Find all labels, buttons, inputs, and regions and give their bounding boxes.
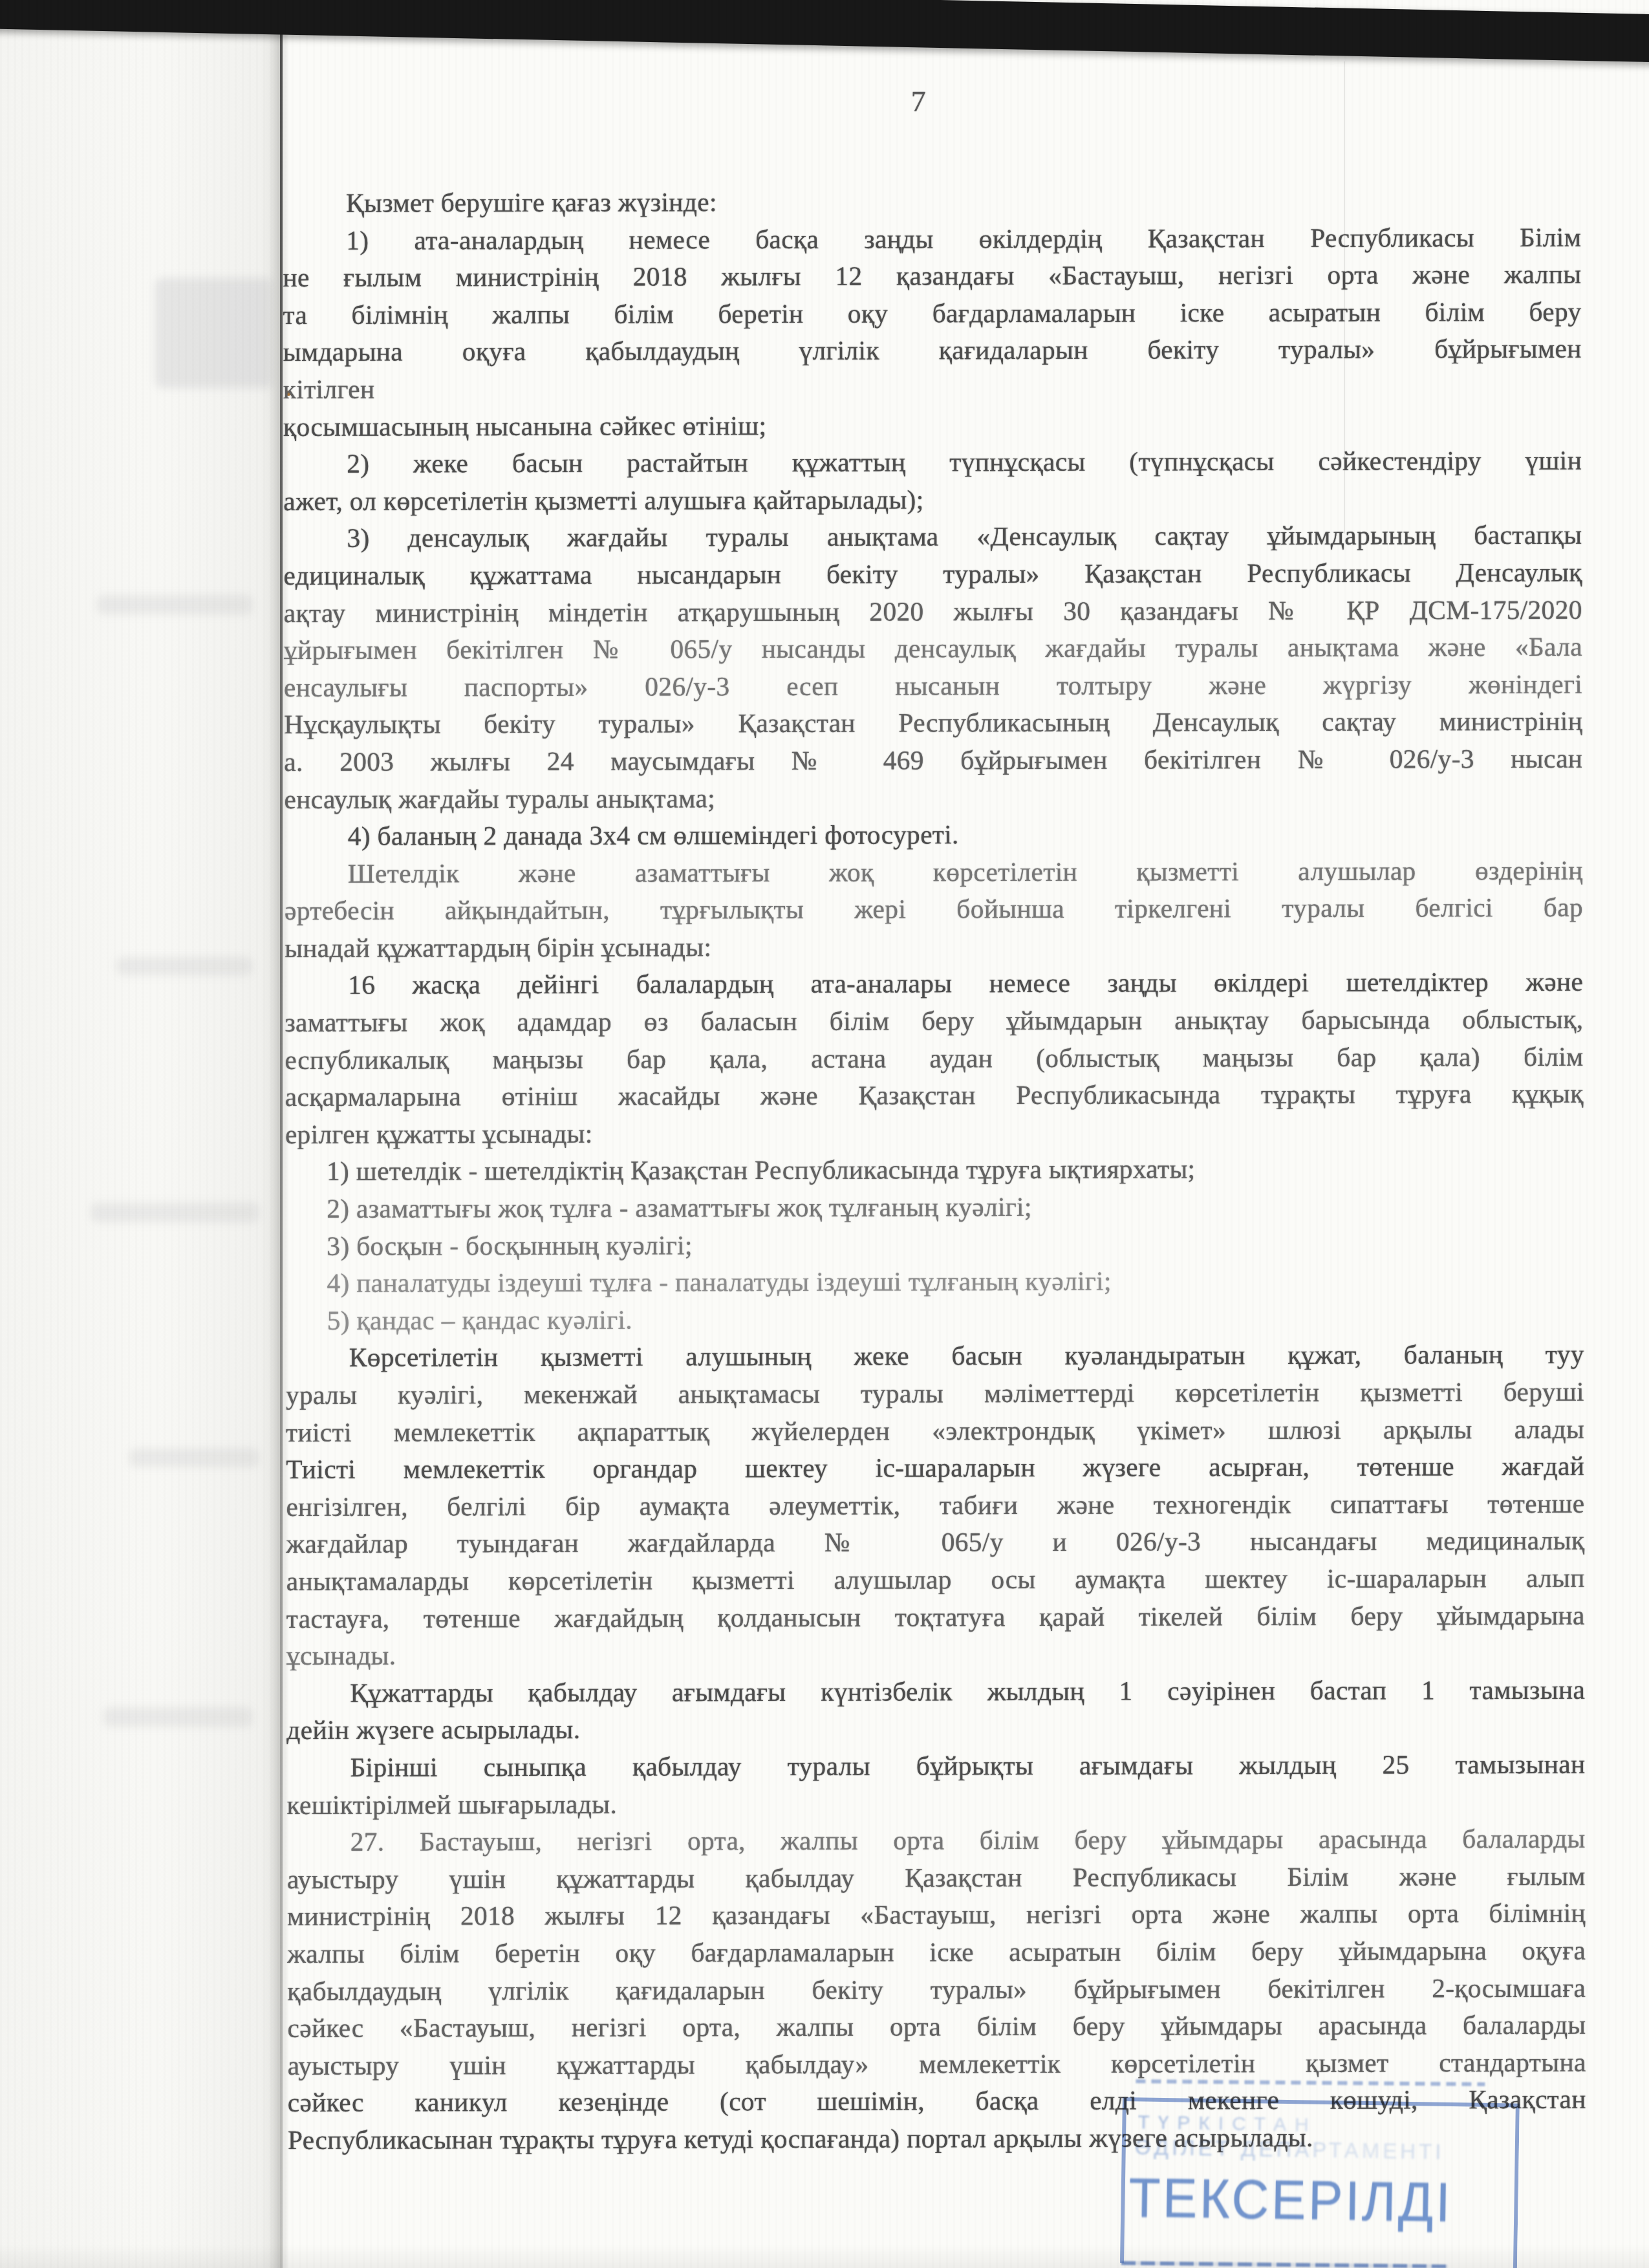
- text-line: Тиісті мемлекеттік органдар шектеу іс-ша…: [286, 1448, 1584, 1489]
- text-line: дейін жүзеге асырылады.: [286, 1709, 1585, 1749]
- text-line: еспубликалық маңызы бар қала, астана ауд…: [285, 1038, 1583, 1079]
- text-block: Қызмет берушіге қағаз жүзінде:1) ата-ана…: [283, 182, 1586, 2159]
- text-line: Құжаттарды қабылдау ағымдағы күнтізбелік…: [286, 1671, 1585, 1712]
- text-line: 1) шетелдік - шетелдіктің Қазақстан Респ…: [285, 1150, 1584, 1191]
- stamp-department-line: ӘДІЛЕТ ДЕПАРТАМЕНТІ: [1134, 2135, 1515, 2165]
- text-line: та білімнің жалпы білім беретін оқу бағд…: [283, 294, 1581, 334]
- text-line: 27. Бастауыш, негізгі орта, жалпы орта б…: [287, 1820, 1586, 1861]
- text-line: заматтығы жоқ адамдар өз баласын білім б…: [285, 1001, 1583, 1042]
- bleed-through-smudge: [116, 957, 252, 975]
- page-fold-line: [280, 18, 283, 2268]
- text-line: енгізілген, белгілі бір аумақта әлеуметт…: [286, 1485, 1584, 1526]
- text-line: жалпы білім беретін оқу бағдарламаларын …: [287, 1932, 1586, 1973]
- text-line: кешіктірілмей шығарылады.: [286, 1783, 1585, 1824]
- stamp-checked-label: ТЕКСЕРІЛДІ: [1128, 2166, 1488, 2236]
- text-line: Шетелдік және азаматтығы жоқ көрсетілеті…: [285, 852, 1583, 892]
- bottom-edge-shadow: [0, 2245, 1649, 2268]
- text-line: ынадай құжаттардың бірін ұсынады:: [285, 927, 1583, 967]
- text-line: әртебесін айқындайтын, тұрғылықты жері б…: [285, 889, 1583, 930]
- text-line: енсаулығы паспорты» 026/у-3 есеп нысанын…: [284, 665, 1582, 706]
- bleed-through-smudge: [91, 1203, 259, 1222]
- text-line: ажет, ол көрсетілетін қызметті алушыға қ…: [283, 479, 1582, 520]
- text-line: қосымшасының нысанына сәйкес өтініш;: [283, 405, 1582, 446]
- text-line: уралы куәлігі, мекенжай анықтамасы турал…: [286, 1374, 1584, 1414]
- text-line: жағдайлар туындаған жағдайларда № 065/у …: [286, 1522, 1584, 1563]
- text-line: 2) азаматтығы жоқ тұлға - азаматтығы жоқ…: [285, 1187, 1584, 1228]
- text-line: а. 2003 жылғы 24 маусымдағы № 469 бұйрығ…: [284, 740, 1582, 781]
- text-line: 3) босқын - босқынның куәлігі;: [285, 1224, 1584, 1265]
- text-line: 5) қандас – қандас куәлігі.: [286, 1299, 1584, 1340]
- text-line: 4) паналатуды іздеуші тұлға - паналатуды…: [285, 1262, 1584, 1302]
- scanned-document-page: 7 Қызмет берушіге қағаз жүзінде:1) ата-а…: [0, 0, 1649, 2268]
- text-line: 1) ата-аналардың немесе басқа заңды өкіл…: [283, 219, 1581, 259]
- text-line: енсаулық жағдайы туралы анықтама;: [284, 777, 1582, 818]
- bleed-through-smudge: [155, 278, 272, 388]
- text-line: тиісті мемлекеттік ақпараттық жүйелерден…: [286, 1410, 1584, 1451]
- text-line: сәйкес «Бастауыш, негізгі орта, жалпы ор…: [287, 2007, 1586, 2047]
- text-line: 4) баланың 2 данада 3х4 см өлшеміндегі ф…: [285, 815, 1583, 856]
- text-line: Көрсетілетін қызметті алушының жеке басы…: [286, 1336, 1584, 1377]
- verification-stamp: ТҮРКІСТАН ӘДІЛЕТ ДЕПАРТАМЕНТІ ТЕКСЕРІЛДІ: [1120, 2097, 1520, 2268]
- text-line: ымдарына оқуға қабылдаудың үлгілік қағид…: [283, 330, 1582, 371]
- text-line: асқармаларына өтініш жасайды және Қазақс…: [285, 1075, 1584, 1116]
- text-line: 16 жасқа дейінгі балалардың ата-аналары …: [285, 964, 1583, 1004]
- text-line: министрінің 2018 жылғы 12 қазандағы «Бас…: [287, 1895, 1586, 1936]
- text-line: ауыстыру үшін құжаттарды қабылдау» мемле…: [288, 2044, 1586, 2084]
- text-line: ауыстыру үшін құжаттарды қабылдау Қазақс…: [287, 1857, 1586, 1898]
- text-line: 3) денсаулық жағдайы туралы анықтама «Де…: [283, 517, 1582, 557]
- bleed-through-smudge: [103, 1707, 252, 1727]
- text-line: не ғылым министрінің 2018 жылғы 12 қазан…: [283, 256, 1581, 297]
- text-line: едициналық құжаттама нысандарын бекіту т…: [284, 554, 1582, 595]
- bleed-through-smudge: [97, 595, 252, 614]
- text-line: ұсынады.: [286, 1634, 1585, 1675]
- text-line: анықтамаларды көрсетілетін қызметті алуш…: [286, 1560, 1585, 1601]
- text-line: ақтау министрінің міндетін атқарушының 2…: [284, 591, 1582, 632]
- text-line: ұйрығымен бекітілген № 065/у нысанды ден…: [284, 629, 1582, 669]
- text-line: Қызмет берушіге қағаз жүзінде:: [283, 182, 1581, 222]
- page-number: 7: [860, 83, 976, 118]
- text-line: ерілген құжатты ұсынады:: [285, 1113, 1584, 1154]
- text-line: Нұсқаулықты бекіту туралы» Қазақстан Рес…: [284, 703, 1582, 744]
- bleed-through-smudge: [129, 1449, 259, 1467]
- text-line: кітілген: [283, 368, 1582, 409]
- text-line: Бірінші сыныпқа қабылдау туралы бұйрықты…: [286, 1746, 1585, 1787]
- text-line: тастауға, төтенше жағдайдың қолданысын т…: [286, 1597, 1585, 1637]
- text-line: қабылдаудың үлгілік қағидаларын бекіту т…: [287, 1969, 1586, 2010]
- text-line: 2) жеке басын растайтын құжаттың түпнұсқ…: [283, 442, 1582, 483]
